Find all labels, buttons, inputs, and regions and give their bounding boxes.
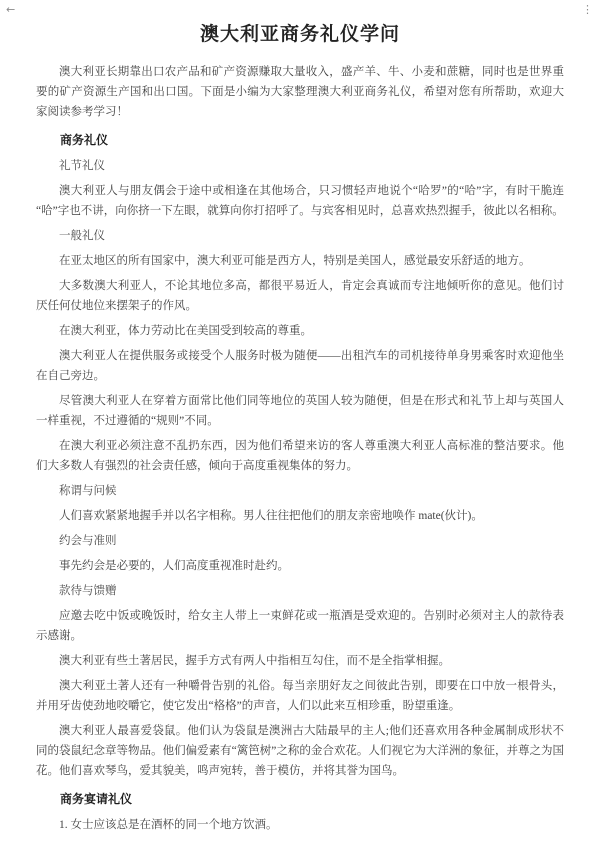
paragraph: 人们喜欢紧紧地握手并以名字相称。男人往往把他们的朋友亲密地唤作 mate(伙计)… bbox=[36, 506, 564, 526]
paragraph: 事先约会是必要的，人们高度重视准时赴约。 bbox=[36, 556, 564, 576]
paragraph: 澳大利亚人在提供服务或接受个人服务时极为随便——出租汽车的司机接待单身男乘客时欢… bbox=[36, 346, 564, 386]
paragraph: 澳大利亚人与朋友偶会于途中或相逢在其他场合，只习惯轻声地说个“哈罗”的“哈”字，… bbox=[36, 181, 564, 221]
back-arrow-icon[interactable]: ← bbox=[6, 4, 15, 15]
sub-heading: 约会与准则 bbox=[36, 531, 564, 551]
paragraph: 1. 女士应该总是在酒杯的同一个地方饮酒。 bbox=[36, 815, 564, 835]
section-heading: 商务宴请礼仪 bbox=[36, 789, 564, 809]
paragraph: 澳大利亚土著人还有一种嚼骨告别的礼俗。每当亲朋好友之间彼此告别，即要在口中放一根… bbox=[36, 676, 564, 716]
sub-heading: 称谓与问候 bbox=[36, 481, 564, 501]
paragraph: 澳大利亚长期靠出口农产品和矿产资源赚取大量收入，盛产羊、牛、小麦和蔗糖，同时也是… bbox=[36, 62, 564, 122]
sub-heading: 款待与馈赠 bbox=[36, 581, 564, 601]
paragraph: 澳大利亚有些土著居民，握手方式有两人中指相互勾住，而不是全指掌相握。 bbox=[36, 651, 564, 671]
more-menu-icon[interactable]: ⋮ bbox=[582, 4, 593, 15]
paragraph: 在澳大利亚必须注意不乱扔东西，因为他们希望来访的客人尊重澳大利亚人高标准的整洁要… bbox=[36, 436, 564, 476]
page-title: 澳大利亚商务礼仪学问 bbox=[36, 22, 564, 48]
section-heading: 商务礼仪 bbox=[36, 130, 564, 150]
paragraph: 应邀去吃中饭或晚饭时，给女主人带上一束鲜花或一瓶酒是受欢迎的。告别时必须对主人的… bbox=[36, 606, 564, 646]
paragraph: 尽管澳大利亚人在穿着方面常比他们同等地位的英国人较为随便，但是在形式和礼节上却与… bbox=[36, 391, 564, 431]
sub-heading: 礼节礼仪 bbox=[36, 156, 564, 176]
paragraph: 澳大利亚人最喜爱袋鼠。他们认为袋鼠是澳洲古大陆最早的主人;他们还喜欢用各种金属制… bbox=[36, 721, 564, 781]
paragraph: 大多数澳大利亚人，不论其地位多高，都很平易近人，肯定会真诚而专注地倾听你的意见。… bbox=[36, 276, 564, 316]
article-body: 澳大利亚长期靠出口农产品和矿产资源赚取大量收入，盛产羊、牛、小麦和蔗糖，同时也是… bbox=[36, 62, 564, 835]
paragraph: 在亚太地区的所有国家中，澳大利亚可能是西方人，特别是美国人，感觉最安乐舒适的地方… bbox=[36, 251, 564, 271]
sub-heading: 一般礼仪 bbox=[36, 226, 564, 246]
document-page: ← ⋮ 澳大利亚商务礼仪学问 澳大利亚长期靠出口农产品和矿产资源赚取大量收入，盛… bbox=[0, 0, 600, 849]
paragraph: 在澳大利亚，体力劳动比在美国受到较高的尊重。 bbox=[36, 321, 564, 341]
